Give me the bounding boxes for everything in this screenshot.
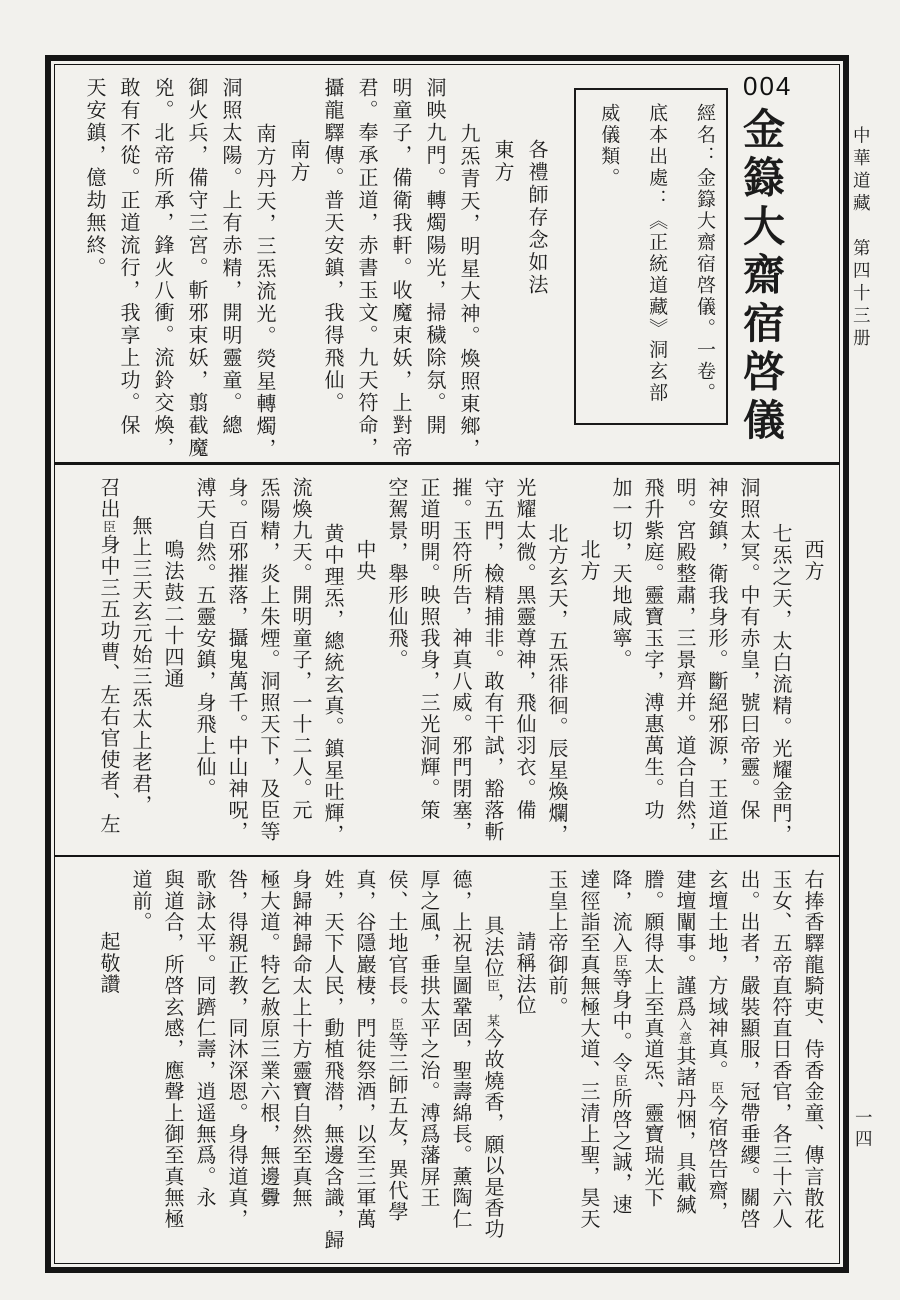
text-column: 南方丹天，三炁流光。熒星轉燭， <box>253 77 275 462</box>
colophon-line: 威儀類。 <box>597 103 618 423</box>
text-column: 天安鎮，億劫無終。 <box>83 77 105 462</box>
text-column: 光耀太微。黑靈尊神，飛仙羽衣。備 <box>513 477 535 855</box>
section-bottom: 右捧香驛龍騎吏、侍香金童、傳言散花玉女、五帝直符直日香官，各三十六人出。出者，嚴… <box>55 857 839 1250</box>
text-column: 無上三天玄元始三炁太上老君， <box>129 477 151 855</box>
small-rubric-text: 臣 <box>101 520 116 534</box>
text-column: 謄。願得太上至真道炁、靈寶瑞光下 <box>641 869 663 1250</box>
text-column: 攝龍驛傳。普天安鎮，我得飛仙。 <box>321 77 343 462</box>
text-column: 洞映九門。轉燭陽光，掃穢除氛。開 <box>423 77 445 462</box>
section-top: 004 金籙大齋宿啓儀 經名：金籙大齋宿啓儀。一卷。 底本出處：《正統道藏》洞玄… <box>55 65 839 462</box>
text-column: 鳴法鼓二十四通 <box>161 477 183 855</box>
text-column: 炁陽精，炎上朱煙。洞照天下，及臣等 <box>257 477 279 855</box>
text-column: 玄壇土地，方域神真。臣今宿啓告齋， <box>705 869 727 1250</box>
text-column: 守五門，檢精捕非。敢有干試，豁落斬 <box>481 477 503 855</box>
text-column: 神安鎮，衛我身形。斷絕邪源，王道正 <box>705 477 727 855</box>
text-column: 北方玄天，五炁徘徊。辰星煥爛， <box>545 477 567 855</box>
text-column: 洞照太冥。中有赤皇，號曰帝靈。保 <box>737 477 759 855</box>
small-rubric-text: 臣 <box>485 979 500 993</box>
text-column: 身歸神歸命太上十方靈寶自然至真無 <box>289 869 311 1250</box>
text-column: 兇。北帝所承，鋒火八衝。流鈴交煥， <box>151 77 173 462</box>
text-column: 建壇闡事。謹爲入意其諸丹悃，具載緘 <box>673 869 695 1250</box>
text-column: 飛升紫庭。靈寶玉字，溥惠萬生。功 <box>641 477 663 855</box>
text-column: 明。宮殿整肅，三景齊并。道合自然， <box>673 477 695 855</box>
section-middle-columns: 西方七炁之天，太白流精。光耀金門，洞照太冥。中有赤皇，號曰帝靈。保神安鎮，衛我身… <box>61 465 823 855</box>
text-column: 御火兵，備守三宮。斬邪束妖，翦截魔 <box>185 77 207 462</box>
text-column: 真，谷隱巖棲，門徒祭酒，以至三軍萬 <box>353 869 375 1250</box>
text-column: 達徑詣至真無極大道、三清上聖，昊天 <box>577 869 599 1250</box>
text-column: 北方 <box>577 477 599 855</box>
text-column: 摧。玉符所告，神真八威。邪門閉塞， <box>449 477 471 855</box>
text-column: 正道明開。映照我身，三光洞輝。策 <box>417 477 439 855</box>
text-column: 七炁之天，太白流精。光耀金門， <box>769 477 791 855</box>
colophon-line: 底本出處：《正統道藏》洞玄部 <box>645 103 666 423</box>
text-column: 侯、土地官長。臣等三師五友，異代學 <box>385 869 407 1250</box>
text-column: 姓，天下人民，動植飛潜，無邊含識，歸 <box>321 869 343 1250</box>
small-rubric-text: 臣 <box>709 1081 724 1095</box>
volume-label: 中華道藏 第四十三册 <box>851 126 870 351</box>
text-column: 道前。 <box>129 869 151 1250</box>
text-column: 九炁青天，明星大神。煥照東鄉， <box>457 77 479 462</box>
small-rubric-text: 入意 <box>677 1017 692 1045</box>
small-rubric-text: 臣 <box>613 1074 628 1088</box>
colophon-box: 經名：金籙大齋宿啓儀。一卷。 底本出處：《正統道藏》洞玄部 威儀類。 <box>574 88 728 425</box>
text-column: 降，流入臣等身中。令臣所啓之誠，速 <box>609 869 631 1250</box>
text-column: 東方 <box>491 77 513 462</box>
text-column: 出。出者，嚴裝顯服，冠帶垂纓。關啓 <box>737 869 759 1250</box>
text-column: 君。奉承正道，赤書玉文。九天符命， <box>355 77 377 462</box>
text-column: 右捧香驛龍騎吏、侍香金童、傳言散花 <box>801 869 823 1250</box>
text-column: 西方 <box>801 477 823 855</box>
text-column: 咎，得親正教，同沐深恩。身得道真， <box>225 869 247 1250</box>
text-column: 具法位臣，某今故燒香，願以是香功 <box>481 869 503 1250</box>
text-column: 溥天自然。五靈安鎮，身飛上仙。 <box>193 477 215 855</box>
small-rubric-text: 某 <box>485 1014 500 1028</box>
section-top-columns: 各禮師存念如法東方九炁青天，明星大神。煥照東鄉，洞映九門。轉燭陽光，掃穢除氛。開… <box>61 65 547 462</box>
small-rubric-text: 臣 <box>613 954 628 968</box>
text-column: 中央 <box>353 477 375 855</box>
text-column: 身。百邪摧落，攝鬼萬千。中山神呪， <box>225 477 247 855</box>
page-title: 金籙大齋宿啓儀 <box>739 107 781 447</box>
small-rubric-text: 臣 <box>389 1017 404 1031</box>
scanned-page: 中華道藏 第四十三册 一四 004 金籙大齋宿啓儀 經名：金籙大齋宿啓儀。一卷。… <box>0 0 900 1300</box>
section-bottom-columns: 右捧香驛龍騎吏、侍香金童、傳言散花玉女、五帝直符直日香官，各三十六人出。出者，嚴… <box>61 857 823 1250</box>
text-column: 明童子，備衛我軒。收魔束妖，上對帝 <box>389 77 411 462</box>
text-column: 敢有不從。正道流行，我享上功。保 <box>117 77 139 462</box>
colophon-text: 經名：金籙大齋宿啓儀。一卷。 底本出處：《正統道藏》洞玄部 威儀類。 <box>576 90 726 423</box>
text-column: 玉女、五帝直符直日香官，各三十六人 <box>769 869 791 1250</box>
text-column: 黄中理炁，總統玄真。鎮星吐輝， <box>321 477 343 855</box>
text-column: 加一切，天地咸寧。 <box>609 477 631 855</box>
page-frame-inner-rule: 004 金籙大齋宿啓儀 經名：金籙大齋宿啓儀。一卷。 底本出處：《正統道藏》洞玄… <box>54 64 840 1264</box>
text-column: 各禮師存念如法 <box>525 77 547 462</box>
text-column: 厚之風，垂拱太平之治。溥爲藩屏王 <box>417 869 439 1250</box>
text-column: 流煥九天。開明童子，一十二人。元 <box>289 477 311 855</box>
section-middle: 西方七炁之天，太白流精。光耀金門，洞照太冥。中有赤皇，號曰帝靈。保神安鎮，衛我身… <box>55 465 839 855</box>
text-column: 南方 <box>287 77 309 462</box>
serial-number: 004 <box>743 71 792 102</box>
page-frame: 004 金籙大齋宿啓儀 經名：金籙大齋宿啓儀。一卷。 底本出處：《正統道藏》洞玄… <box>45 55 849 1273</box>
text-column: 玉皇上帝御前。 <box>545 869 567 1250</box>
text-column: 空駕景，舉形仙飛。 <box>385 477 407 855</box>
text-column: 歌詠太平。同躋仁壽，逍遥無爲。永 <box>193 869 215 1250</box>
colophon-line: 經名：金籙大齋宿啓儀。一卷。 <box>693 103 714 423</box>
text-column: 起敬讚 <box>97 869 119 1250</box>
text-column: 洞照太陽。上有赤精，開明靈童。總 <box>219 77 241 462</box>
text-column: 請稱法位 <box>513 869 535 1250</box>
text-column: 召出臣身中三五功曹、左右官使者、左 <box>97 477 119 855</box>
text-column: 德，上祝皇圖鞏固，聖壽綿長。薰陶仁 <box>449 869 471 1250</box>
folio-number: 一四 <box>853 1108 872 1151</box>
text-column: 極大道。特乞赦原三業六根，無邊釁 <box>257 869 279 1250</box>
text-column: 與道合，所啓玄感，應聲上御至真無極 <box>161 869 183 1250</box>
